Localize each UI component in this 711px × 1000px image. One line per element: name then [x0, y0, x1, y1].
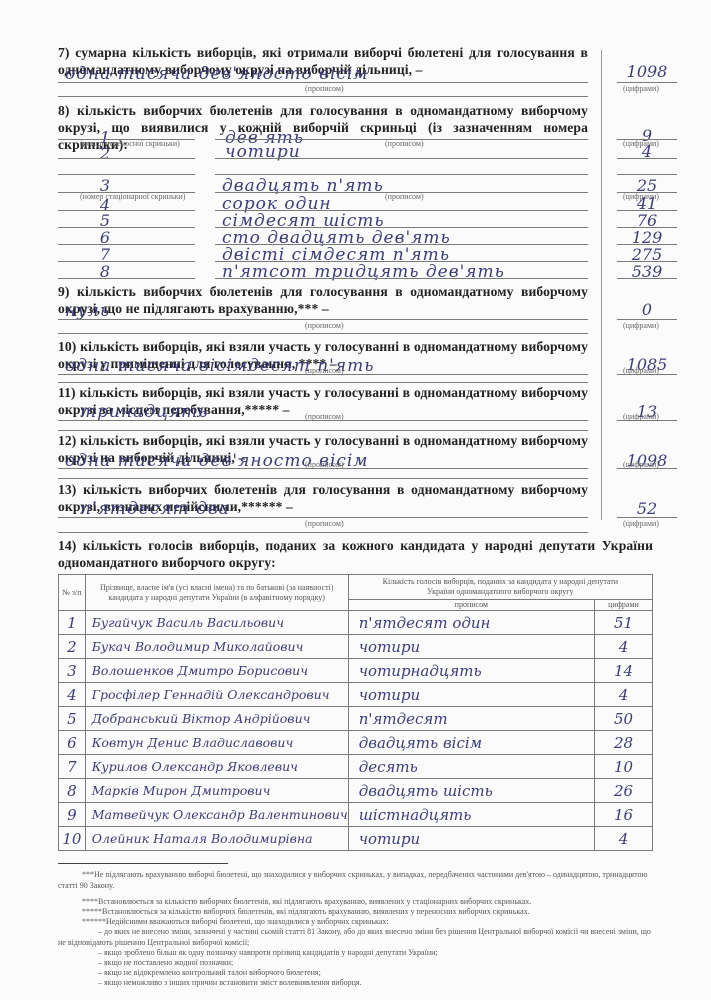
votes-words: чотири: [348, 827, 594, 851]
footnote-6-item-4: – якщо не відокремлено контрольний талон…: [98, 968, 653, 979]
header-num: № з/п: [59, 575, 86, 611]
candidate-name: Курилов Олександр Яковлевич: [85, 755, 348, 779]
row-num: 4: [59, 683, 86, 707]
column-divider: [601, 50, 602, 520]
footnote-3: ***Не підлягають врахуванню виборчі бюле…: [58, 870, 653, 891]
question-14-text: 14) кількість голосів виборців, поданих …: [58, 537, 653, 571]
digits-caption: (цифрами): [623, 366, 659, 375]
digits-caption: (цифрами): [623, 321, 659, 330]
words-caption: (прописом): [305, 460, 344, 469]
votes-words: чотири: [348, 683, 594, 707]
box-no-line: [58, 158, 195, 159]
votes-words: п'ятдесят один: [348, 611, 594, 635]
candidates-table: № з/п Прізвище, власне ім'я (усі власні …: [58, 574, 653, 851]
words-caption: (прописом): [305, 366, 344, 375]
candidate-name: Добранський Віктор Андрійович: [85, 707, 348, 731]
q9-digits: 0: [617, 300, 677, 319]
box-no-line: [58, 174, 195, 175]
digits-caption: (цифрами): [623, 519, 659, 528]
votes-digits: 51: [594, 611, 652, 635]
table-row: 7 Курилов Олександр Яковлевич десять 10: [59, 755, 653, 779]
candidate-name: Олейник Наталя Володимирівна: [85, 827, 348, 851]
row-num: 3: [59, 659, 86, 683]
table-row: 1 Бугайчук Василь Васильович п'ятдесят о…: [59, 611, 653, 635]
table-row: 5 Добранський Віктор Андрійович п'ятдеся…: [59, 707, 653, 731]
row-num: 9: [59, 803, 86, 827]
words-line: [215, 158, 588, 159]
footnote-4: ****Встановлюється за кількістю виборчих…: [82, 897, 652, 908]
votes-words: чотири: [348, 635, 594, 659]
box-no-line: [58, 278, 195, 279]
digits-line: [617, 158, 677, 159]
q13-digits: 52: [617, 499, 677, 518]
footnote-divider: [58, 863, 228, 864]
words-caption: (прописом): [305, 84, 344, 93]
header-digits: цифрами: [594, 600, 652, 611]
box-2-no: 2: [75, 144, 135, 163]
footnote-6-item-3: – якщо не поставлено жодної позначки;: [98, 958, 653, 969]
footnote-6-item-5: – якщо неможливо з інших причин встанови…: [98, 978, 653, 989]
words-line: [215, 278, 588, 279]
table-row: 6 Ковтун Денис Владиславович двадцять ві…: [59, 731, 653, 755]
votes-words: шістнадцять: [348, 803, 594, 827]
separator-line: [58, 532, 588, 533]
table-row: 8 Марків Мирон Дмитрович двадцять шість …: [59, 779, 653, 803]
votes-digits: 26: [594, 779, 652, 803]
row-num: 1: [59, 611, 86, 635]
q9-words: нуль: [65, 301, 110, 321]
separator-line: [58, 478, 588, 479]
votes-digits: 4: [594, 827, 652, 851]
votes-digits: 50: [594, 707, 652, 731]
candidate-name: Гросфілер Геннадій Олександрович: [85, 683, 348, 707]
digits-line: [617, 278, 677, 279]
q11-words: тринадцять: [80, 402, 209, 422]
header-words: прописом: [348, 600, 594, 611]
header-name: Прізвище, власне ім'я (усі власні імена)…: [85, 575, 348, 611]
digits-line: [617, 319, 677, 320]
footnote-6-item-1: – до яких не внесено зміни, зазначені у …: [58, 927, 653, 948]
digits-caption: (цифрами): [623, 460, 659, 469]
q7-digits: 1098: [617, 62, 677, 81]
table-row: 10 Олейник Наталя Володимирівна чотири 4: [59, 827, 653, 851]
words-caption: (прописом): [305, 321, 344, 330]
box-3-words: двадцять п'ять: [222, 176, 384, 196]
table-row: 3 Волошенков Дмитро Борисович чотирнадця…: [59, 659, 653, 683]
q7-words: одна тисяча дев'яносто вісім: [65, 64, 368, 84]
words-caption: (прописом): [305, 519, 344, 528]
votes-words: чотирнадцять: [348, 659, 594, 683]
separator-line: [58, 430, 588, 431]
row-num: 10: [59, 827, 86, 851]
words-line: [215, 174, 588, 175]
row-num: 5: [59, 707, 86, 731]
row-num: 8: [59, 779, 86, 803]
candidate-name: Матвейчук Олександр Валентинович: [85, 803, 348, 827]
separator-line: [58, 333, 588, 334]
votes-words: п'ятдесят: [348, 707, 594, 731]
words-caption: (прописом): [385, 192, 424, 201]
row-num: 7: [59, 755, 86, 779]
votes-digits: 4: [594, 683, 652, 707]
words-caption: (прописом): [305, 412, 344, 421]
words-line: [58, 517, 588, 518]
votes-digits: 28: [594, 731, 652, 755]
digits-caption: (цифрами): [623, 412, 659, 421]
candidate-name: Марків Мирон Дмитрович: [85, 779, 348, 803]
box-8-words: п'ятсот тридцять дев'ять: [222, 262, 505, 282]
words-caption: (прописом): [385, 139, 424, 148]
q13-words: п'ятдесят два: [80, 499, 230, 519]
table-row: 9 Матвейчук Олександр Валентинович шістн…: [59, 803, 653, 827]
candidate-name: Ковтун Денис Владиславович: [85, 731, 348, 755]
table-row: 4 Гросфілер Геннадій Олександрович чотир…: [59, 683, 653, 707]
candidate-name: Бугайчук Василь Васильович: [85, 611, 348, 635]
question-9-text: 9) кількість виборчих бюлетенів для голо…: [58, 283, 588, 317]
candidate-name: Волошенков Дмитро Борисович: [85, 659, 348, 683]
votes-digits: 16: [594, 803, 652, 827]
votes-digits: 4: [594, 635, 652, 659]
box-2-words: чотири: [225, 142, 301, 162]
header-votes: Кількість голосів виборців, поданих за к…: [348, 575, 652, 600]
row-num: 2: [59, 635, 86, 659]
votes-digits: 10: [594, 755, 652, 779]
table-row: 2 Букач Володимир Миколайович чотири 4: [59, 635, 653, 659]
words-line: [58, 319, 588, 320]
separator-line: [58, 382, 588, 383]
footnote-5: *****Встановлюється за кількістю виборчи…: [82, 907, 652, 918]
footnote-6-item-2: – якщо зроблено більш як одну позначку н…: [98, 948, 653, 959]
candidate-name: Букач Володимир Миколайович: [85, 635, 348, 659]
votes-words: двадцять шість: [348, 779, 594, 803]
footnote-6: ******Недійсними вважаються виборчі бюле…: [82, 917, 652, 928]
digits-line: [617, 517, 677, 518]
votes-words: десять: [348, 755, 594, 779]
votes-digits: 14: [594, 659, 652, 683]
words-line: [58, 82, 588, 83]
votes-words: двадцять вісім: [348, 731, 594, 755]
digits-line: [617, 174, 677, 175]
digits-line: [617, 82, 677, 83]
digits-caption: (цифрами): [623, 84, 659, 93]
separator-line: [58, 96, 588, 97]
row-num: 6: [59, 731, 86, 755]
